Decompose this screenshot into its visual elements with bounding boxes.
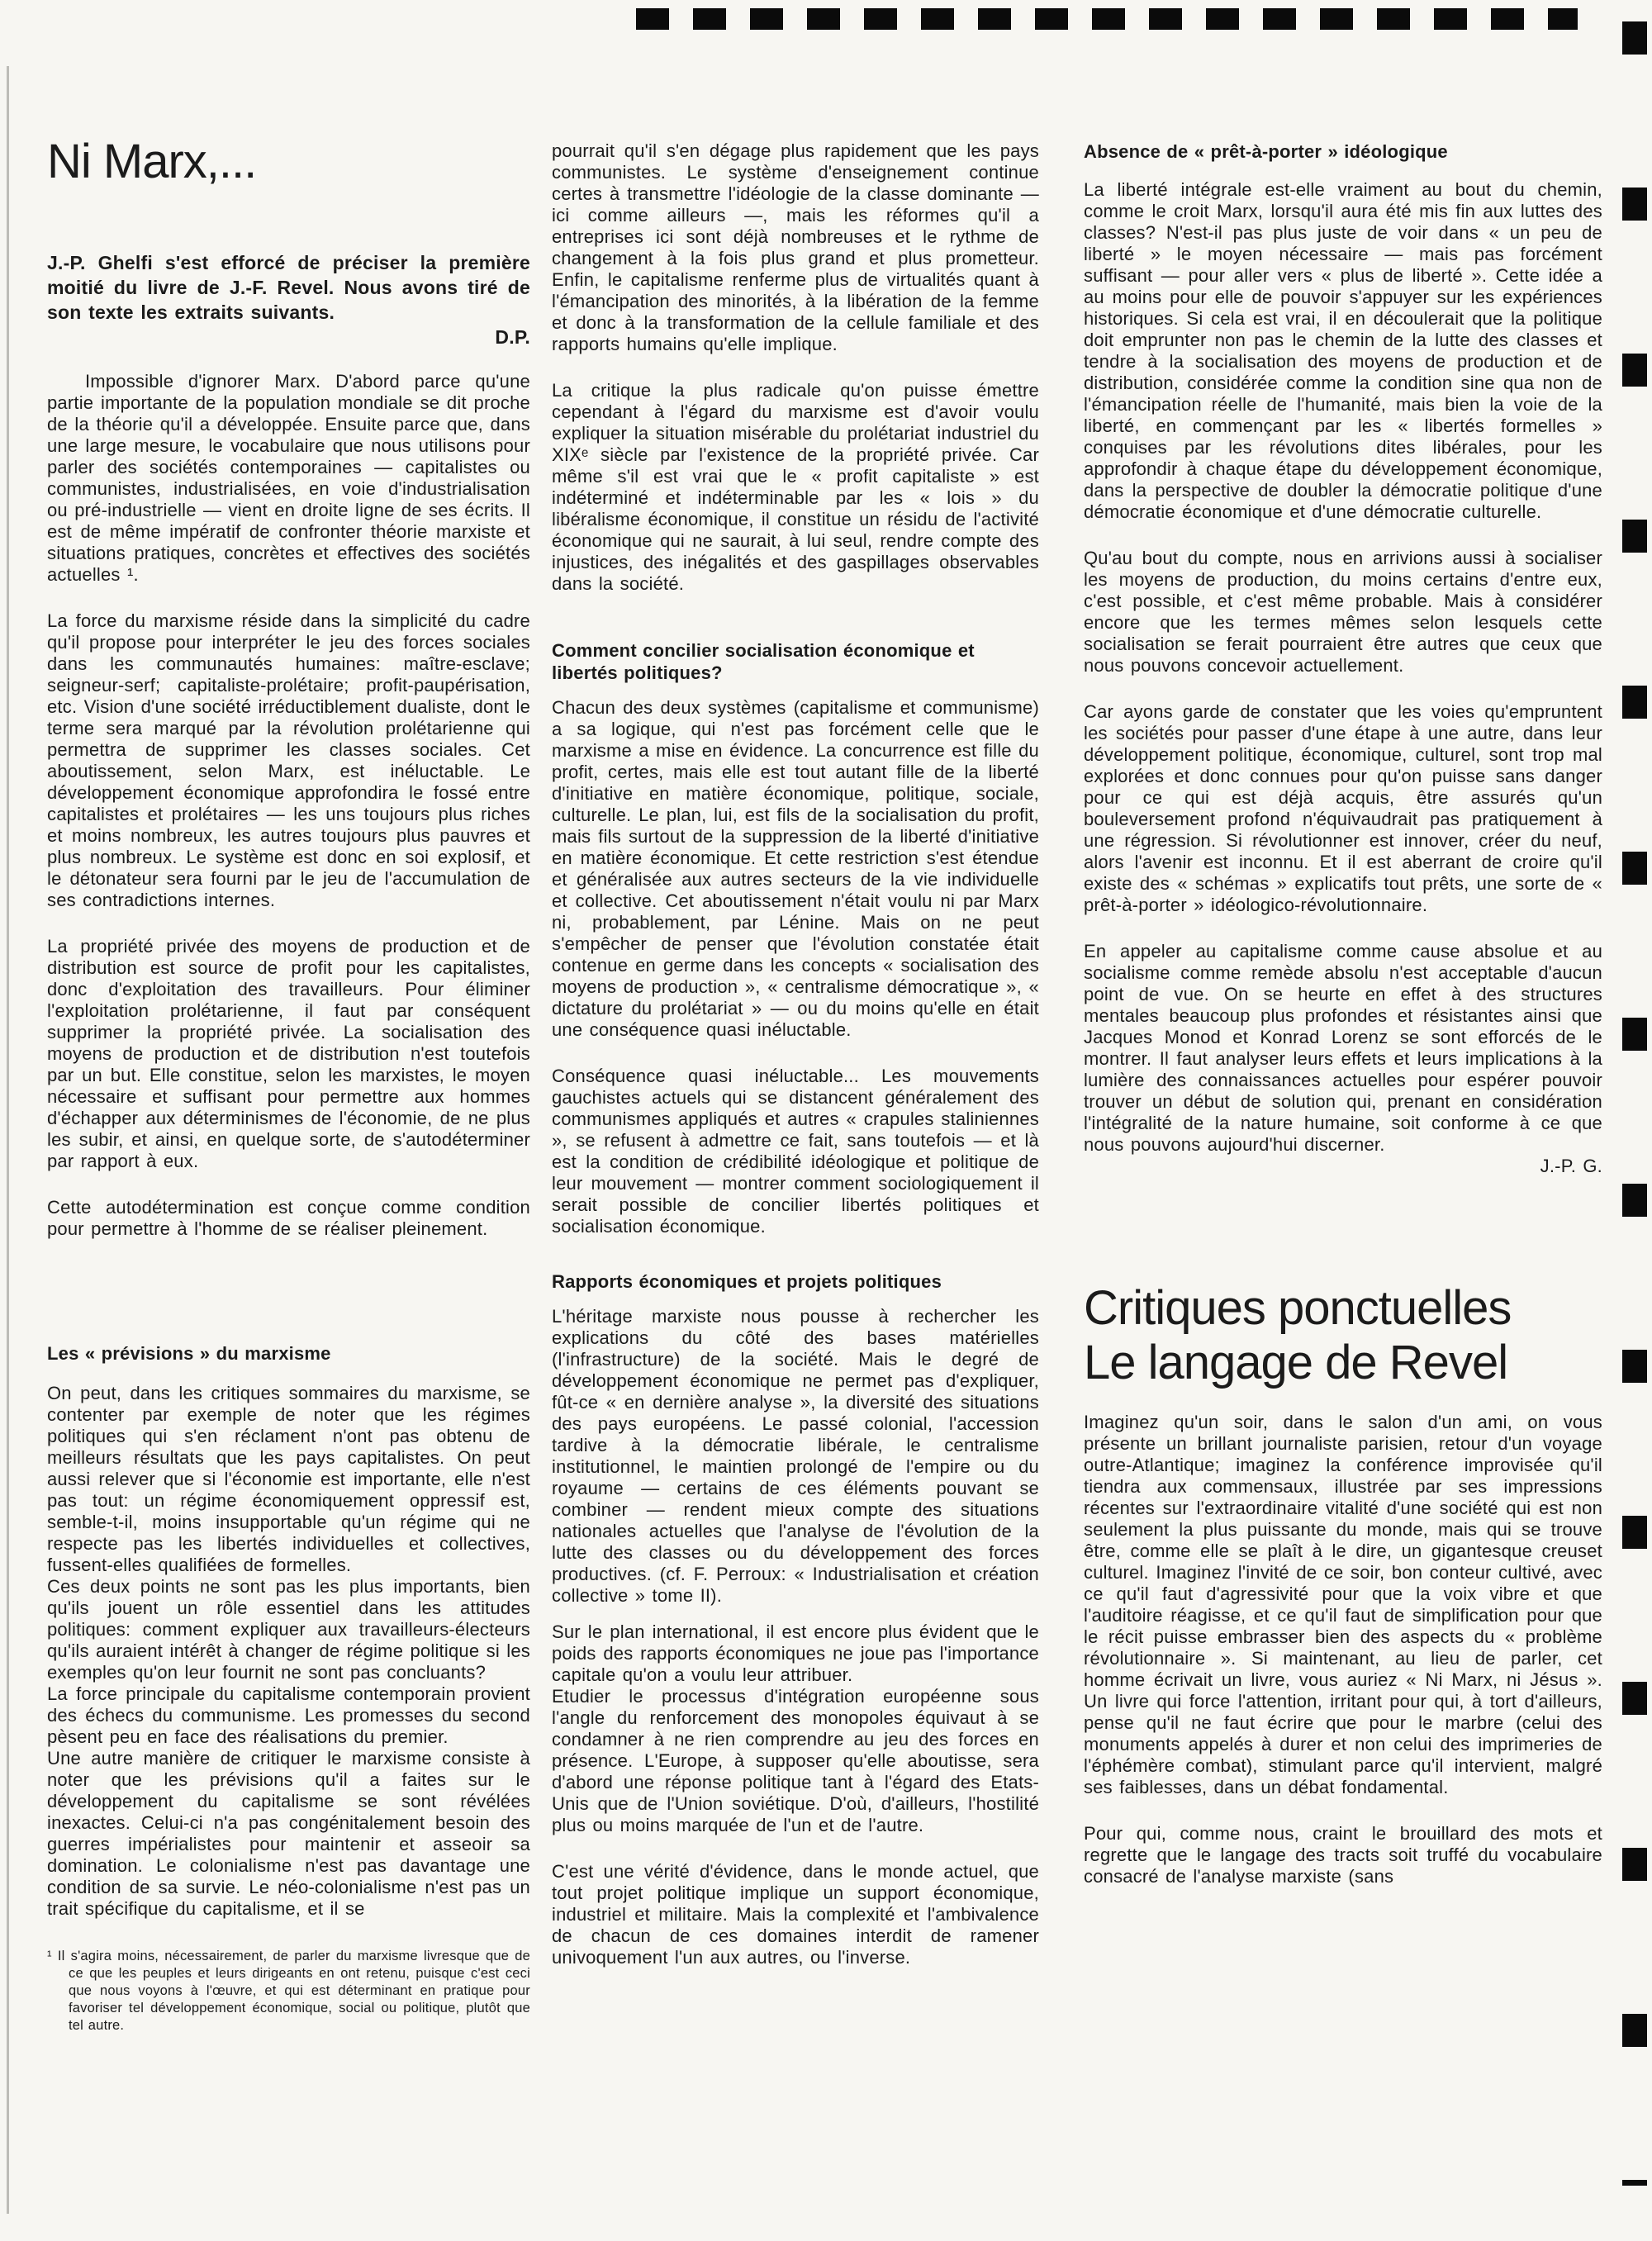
article2-headline-line2: Le langage de Revel: [1084, 1336, 1602, 1390]
col1-paragraph-6: Ces deux points ne sont pas les plus imp…: [47, 1576, 530, 1683]
col2-paragraph-5: L'héritage marxiste nous pousse à recher…: [552, 1306, 1039, 1607]
col1-paragraph-2: La force du marxisme réside dans la simp…: [47, 610, 530, 911]
article2-headline-line1: Critiques ponctuelles: [1084, 1281, 1602, 1336]
col1-paragraph-5: On peut, dans les critiques sommaires du…: [47, 1383, 530, 1576]
col3-section-heading: Absence de « prêt-à-porter » idéologique: [1084, 140, 1602, 163]
article1-intro-signature: D.P.: [47, 325, 530, 349]
column-middle: pourrait qu'il s'en dégage plus rapideme…: [552, 140, 1039, 1968]
col2-paragraph-8: C'est une vérité d'évidence, dans le mon…: [552, 1861, 1039, 1968]
article2-paragraph-1: Imaginez qu'un soir, dans le salon d'un …: [1084, 1412, 1602, 1798]
col2-paragraph-3: Chacun des deux systèmes (capitalisme et…: [552, 697, 1039, 1041]
col3-paragraph-1: La liberté intégrale est-elle vraiment a…: [1084, 179, 1602, 523]
author-signature: J.-P. G.: [1084, 1156, 1602, 1177]
col3-paragraph-2: Qu'au bout du compte, nous en arrivions …: [1084, 548, 1602, 677]
col2-section-heading-2: Rapports économiques et projets politiqu…: [552, 1270, 1039, 1293]
col1-paragraph-8: Une autre manière de critiquer le marxis…: [47, 1748, 530, 1920]
filmstrip-marks-top: [636, 8, 1578, 30]
col1-paragraph-3: La propriété privée des moyens de produc…: [47, 936, 530, 1172]
col2-paragraph-7: Etudier le processus d'intégration europ…: [552, 1686, 1039, 1836]
col2-paragraph-1: pourrait qu'il s'en dégage plus rapideme…: [552, 140, 1039, 355]
col3-paragraph-4: En appeler au capitalisme comme cause ab…: [1084, 941, 1602, 1156]
footnote: ¹ Il s'agira moins, nécessairement, de p…: [47, 1948, 530, 2034]
col1-paragraph-1: Impossible d'ignorer Marx. D'abord parce…: [47, 371, 530, 586]
col3-paragraph-3: Car ayons garde de constater que les voi…: [1084, 701, 1602, 916]
article1-headline: Ni Marx,...: [47, 136, 530, 188]
column-right: Absence de « prêt-à-porter » idéologique…: [1084, 140, 1602, 1887]
col1-paragraph-4: Cette autodétermination est conçue comme…: [47, 1197, 530, 1240]
page-edge-line: [7, 66, 9, 2214]
filmstrip-marks-right: [1622, 21, 1647, 2186]
col2-paragraph-6: Sur le plan international, il est encore…: [552, 1621, 1039, 1686]
article1-intro: J.-P. Ghelfi s'est efforcé de préciser l…: [47, 250, 530, 325]
article2-headline: Critiques ponctuelles Le langage de Reve…: [1084, 1281, 1602, 1390]
col2-section-heading-1: Comment concilier socialisation économiq…: [552, 639, 1039, 684]
col1-section-heading: Les « prévisions » du marxisme: [47, 1342, 530, 1365]
col2-paragraph-4: Conséquence quasi inéluctable... Les mou…: [552, 1066, 1039, 1237]
col1-paragraph-7: La force principale du capitalisme conte…: [47, 1683, 530, 1748]
article2-paragraph-2: Pour qui, comme nous, craint le brouilla…: [1084, 1823, 1602, 1887]
column-left: Ni Marx,... J.-P. Ghelfi s'est efforcé d…: [47, 136, 530, 2034]
col2-paragraph-2: La critique la plus radicale qu'on puiss…: [552, 380, 1039, 595]
scanned-newspaper-page: { "page": { "background_color": "#f7f6f2…: [0, 0, 1652, 2241]
